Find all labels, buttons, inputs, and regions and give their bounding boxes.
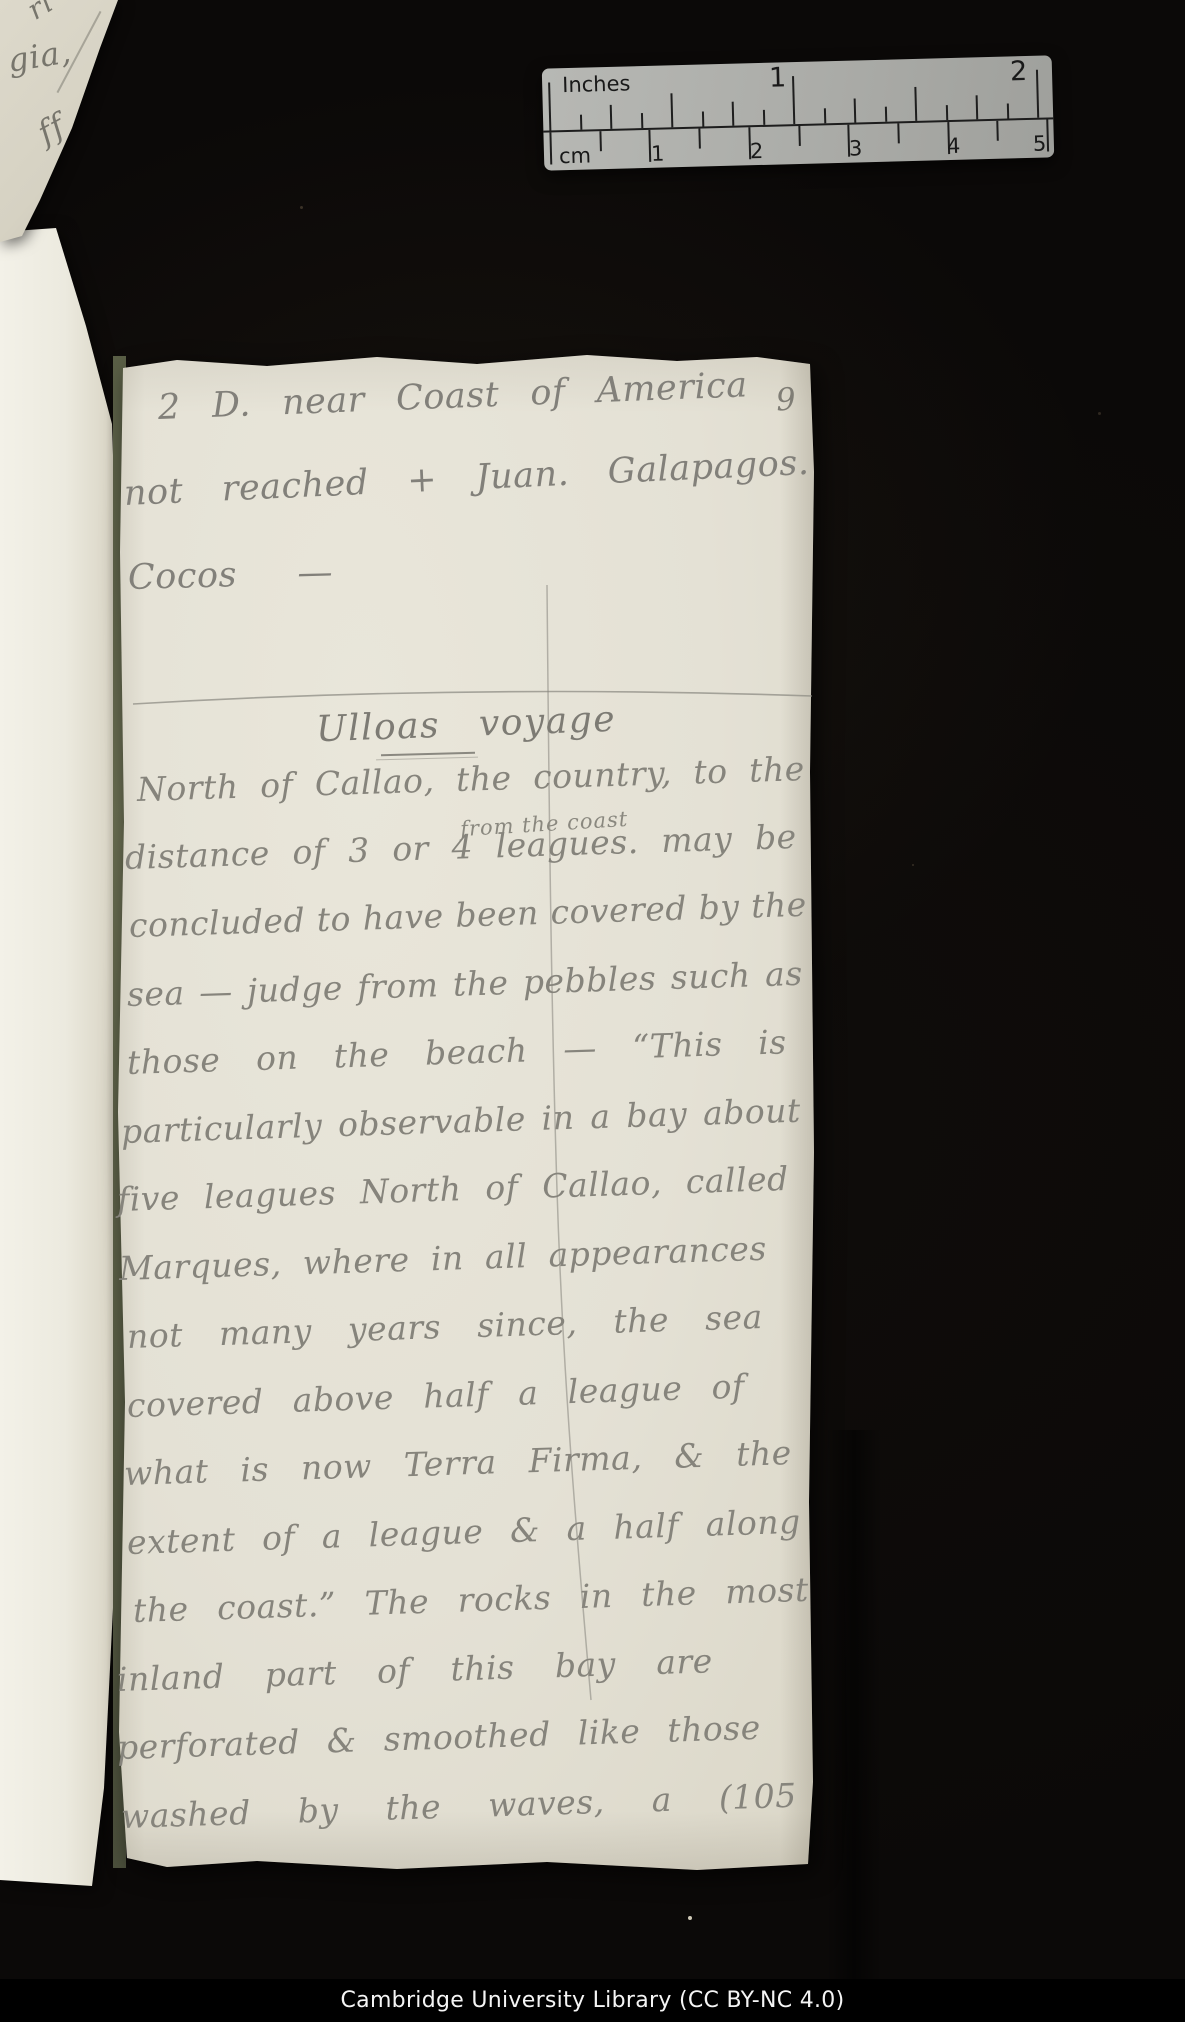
inch-tick [854,98,857,122]
inch-tick [579,115,581,130]
cm-number: 2 [750,139,764,163]
inch-tick [884,107,886,122]
cm-tick [798,126,801,146]
cm-tick [599,131,602,151]
cm-number: 3 [849,136,863,160]
cm-number: 1 [651,142,665,166]
fragment-paper: rl gia, ff [0,0,122,246]
inch-tick [976,95,979,119]
inch-tick [1036,70,1039,118]
inch-tick [1006,103,1008,118]
cm-scale-label: cm [559,143,592,168]
credit-bar: Cambridge University Library (CC BY-NC 4… [0,1979,1185,2022]
dust-speck [912,864,914,866]
credit-text: Cambridge University Library (CC BY-NC 4… [341,1988,845,2013]
fragment-line: ff [31,106,72,152]
facing-page-surface [0,228,118,1888]
inch-number: 2 [1010,56,1028,87]
fragment-line: rl [21,0,59,26]
inch-tick [610,105,613,129]
measurement-ruler: Inches cm 1212345 [542,55,1054,170]
inch-tick [701,111,703,126]
inch-tick [762,110,764,125]
manuscript-fragment: rl gia, ff [0,0,122,246]
manuscript-page [117,352,815,1872]
inch-number: 1 [769,62,787,93]
cm-tick [549,132,552,164]
cm-tick [698,129,701,149]
inch-tick [732,102,735,126]
inch-tick [640,113,642,128]
dust-speck [300,206,303,209]
dust-speck [1098,412,1101,415]
fragment-line: gia, [5,32,74,80]
facing-page-edge [0,228,118,1888]
inch-tick [823,108,825,123]
inch-tick [945,105,947,120]
inch-tick [670,93,673,127]
cm-number: 4 [947,134,961,158]
cm-tick [1046,119,1049,151]
inch-tick [914,87,917,121]
cm-tick [997,121,1000,141]
manuscript-paper [117,352,815,1872]
inch-tick [548,82,551,130]
dust-speck [688,1916,692,1920]
velvet-fold-shadow [826,1430,882,1990]
inches-scale-label: Inches [562,71,631,97]
inch-tick [792,76,795,124]
cm-number: 5 [1033,132,1047,156]
cm-tick [897,123,900,143]
